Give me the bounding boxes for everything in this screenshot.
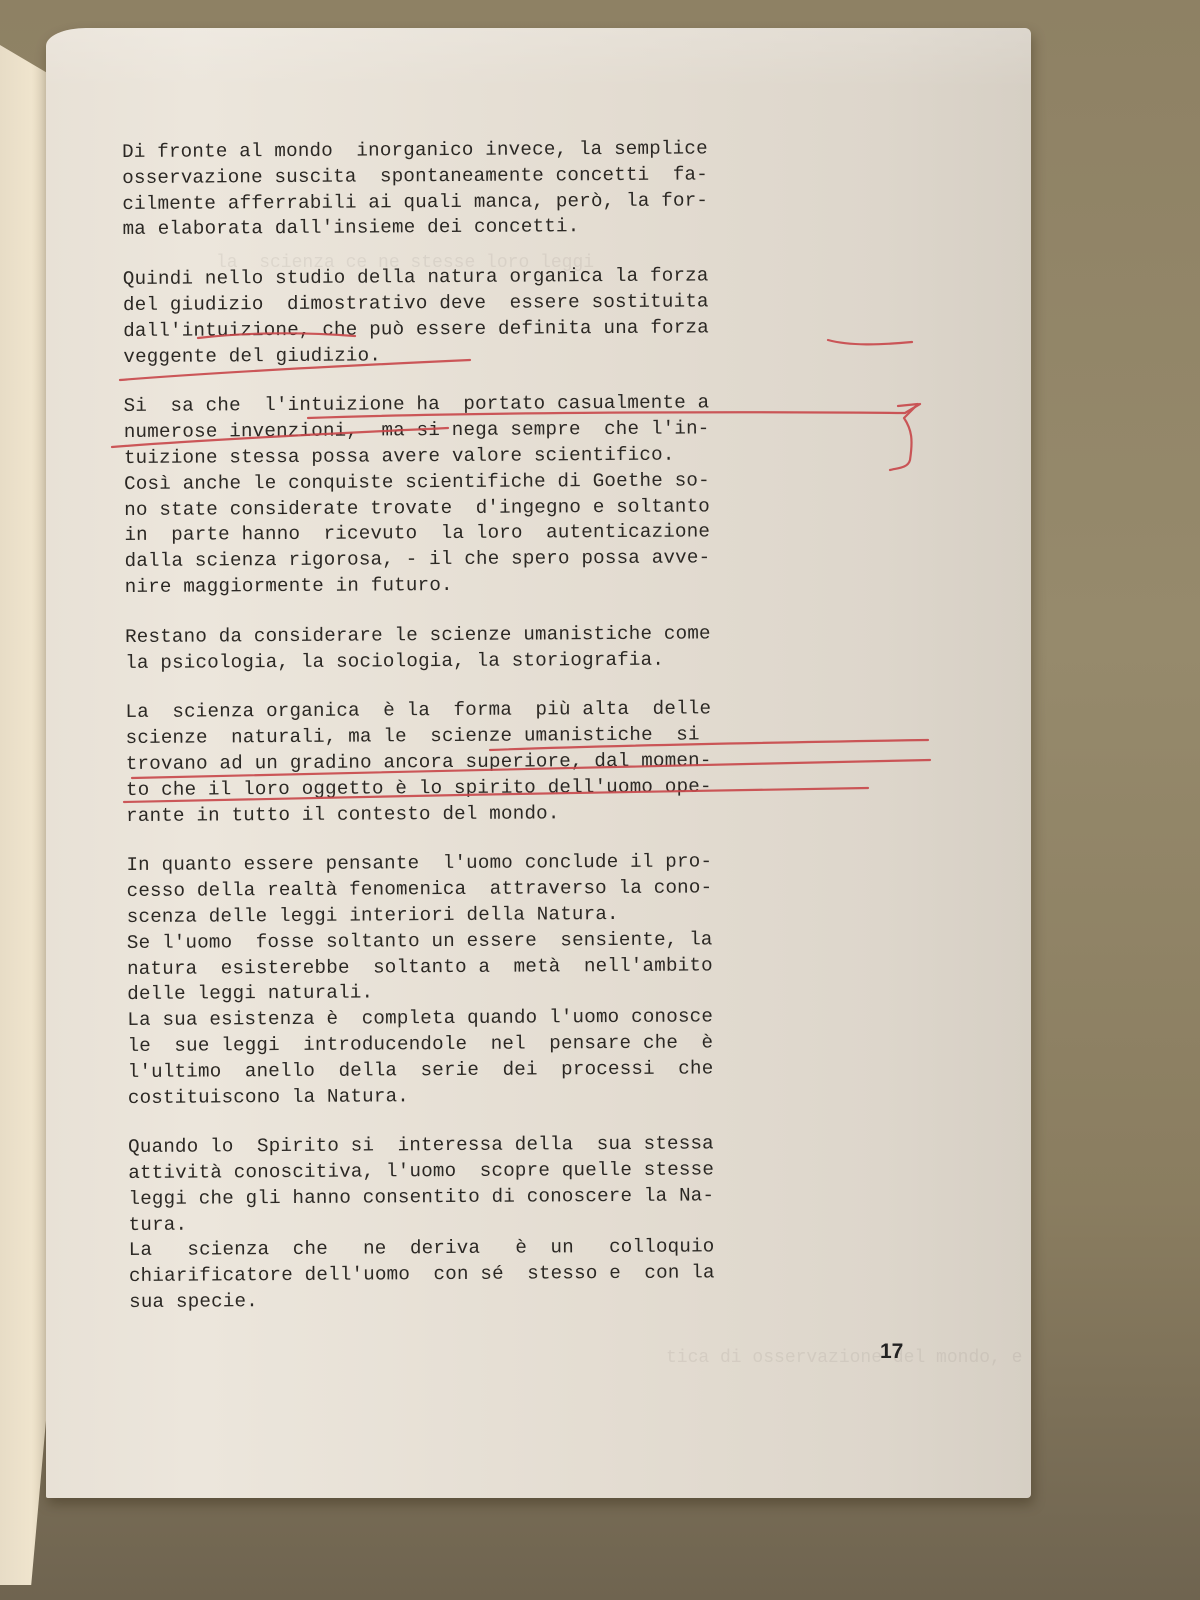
show-through-text: tica di osservazione del mondo, e: [666, 1348, 1022, 1368]
paragraph: In quanto essere pensante l'uomo conclud…: [126, 848, 918, 1111]
paragraph: La scienza organica è la forma più alta …: [125, 696, 916, 830]
text-line: ma elaborata dall'insieme dei concetti.: [122, 213, 912, 244]
text-line: rante in tutto il contesto del mondo.: [126, 799, 916, 830]
adjacent-page-edge: [0, 45, 52, 1585]
text-line: costituiscono la Natura.: [128, 1081, 918, 1112]
paragraph: Restano da considerare le scienze umanis…: [125, 620, 915, 676]
paragraph: Di fronte al mondo inorganico invece, la…: [122, 135, 913, 243]
text-line: nire maggiormente in futuro.: [125, 570, 915, 601]
text-line: la psicologia, la sociologia, la storiog…: [125, 646, 915, 677]
paragraph: Quando lo Spirito si interessa della sua…: [128, 1130, 919, 1315]
page-number: 17: [880, 1340, 903, 1364]
paragraph: Quindi nello studio della natura organic…: [123, 262, 914, 370]
typewritten-body-text: Di fronte al mondo inorganico invece, la…: [122, 135, 919, 1340]
paragraph: Si sa che l'intuizione ha portato casual…: [124, 390, 915, 601]
text-line: veggente del giudizio.: [123, 340, 913, 371]
text-line: sua specie.: [129, 1285, 919, 1316]
